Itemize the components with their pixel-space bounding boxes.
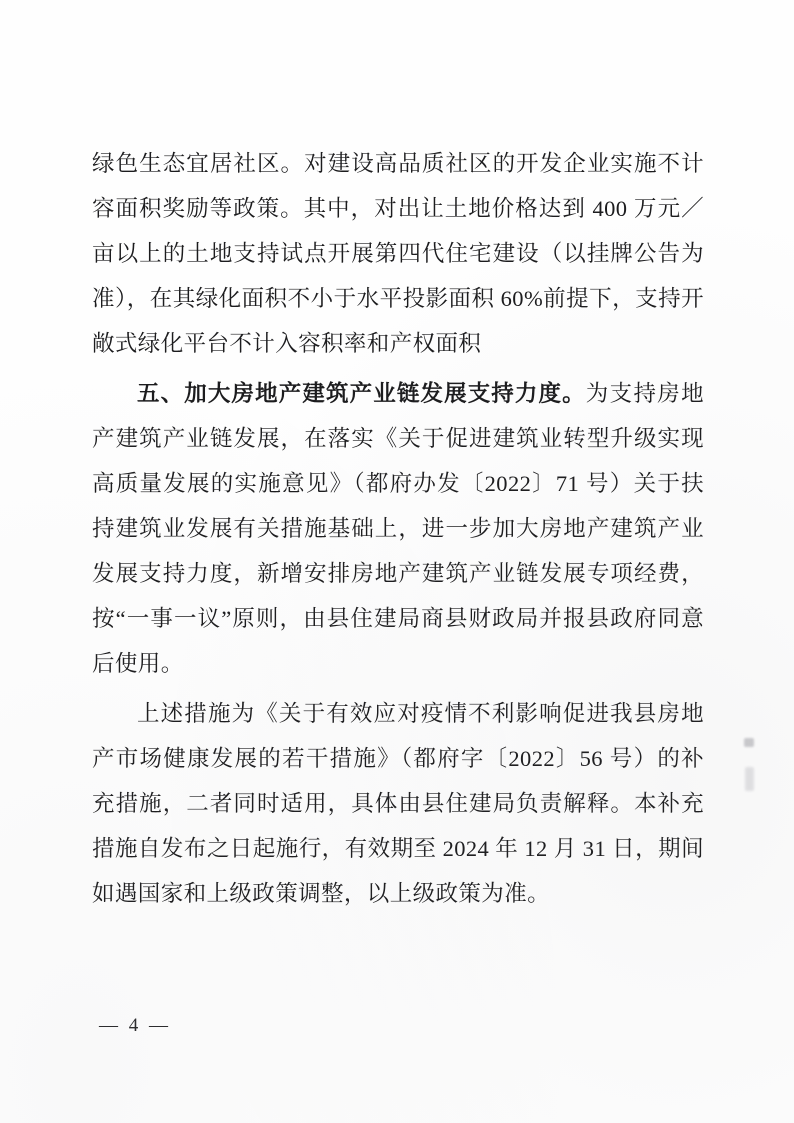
scan-artifact xyxy=(744,738,754,747)
paragraph-continuation: 绿色生态宜居社区。对建设高品质社区的开发企业实施不计容面积奖励等政策。其中，对出… xyxy=(92,141,704,366)
document-page: 绿色生态宜居社区。对建设高品质社区的开发企业实施不计容面积奖励等政策。其中，对出… xyxy=(0,0,794,1123)
page-number: — 4 — xyxy=(99,1012,171,1040)
paragraph-section-5: 五、加大房地产建筑产业链发展支持力度。为支持房地产建筑产业链发展，在落实《关于促… xyxy=(92,371,704,686)
document-body: 绿色生态宜居社区。对建设高品质社区的开发企业实施不计容面积奖励等政策。其中，对出… xyxy=(92,141,704,916)
section-5-heading: 五、加大房地产建筑产业链发展支持力度。 xyxy=(137,381,586,406)
section-5-body: 为支持房地产建筑产业链发展，在落实《关于促进建筑业转型升级实现高质量发展的实施意… xyxy=(92,381,704,676)
paragraph-closing: 上述措施为《关于有效应对疫情不利影响促进我县房地产市场健康发展的若干措施》（都府… xyxy=(92,691,704,916)
scan-artifact xyxy=(745,767,754,791)
